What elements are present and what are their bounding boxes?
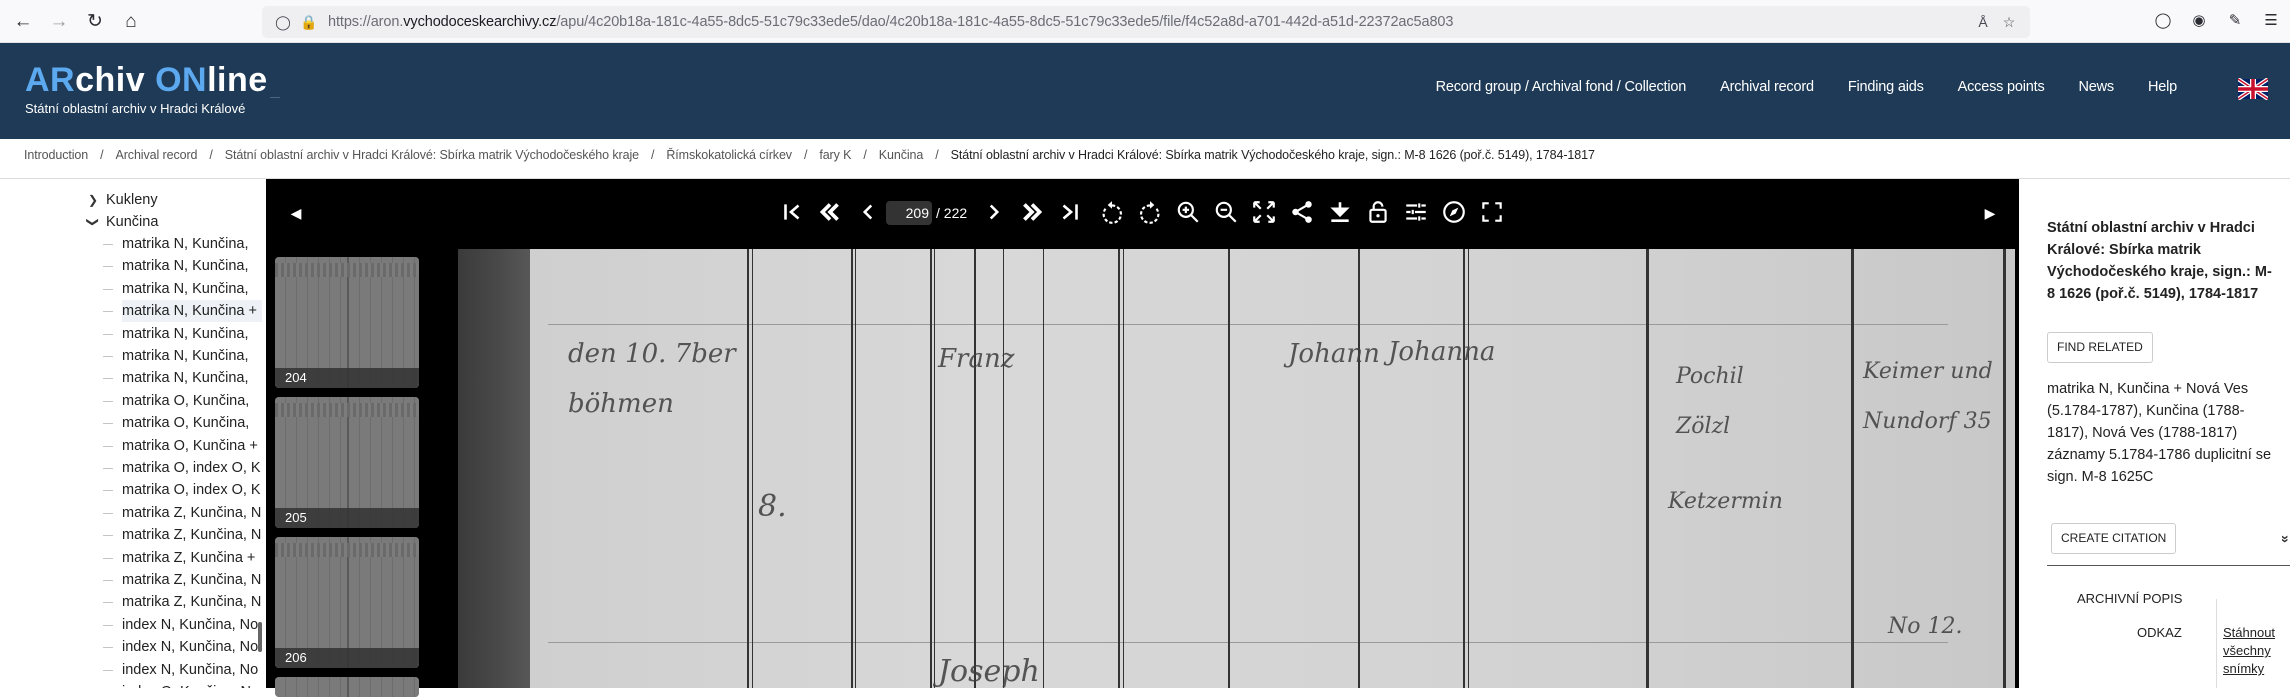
tree-leaf-item[interactable]: matrika Z, Kunčina, N (0, 591, 262, 613)
tree-dash-icon (103, 378, 113, 379)
handwriting: Johann (1288, 339, 1380, 369)
tree-leaf-item[interactable]: index N, Kunčina, No (0, 659, 262, 681)
tree-leaf-label: matrika N, Kunčina, (122, 345, 262, 367)
tree-dash-icon (103, 670, 113, 671)
nav-help[interactable]: Help (2131, 79, 2194, 95)
tree-leaf-item[interactable]: index O, Kunčina, No (0, 681, 262, 688)
crumb-separator: / (88, 148, 115, 162)
menu-icon[interactable]: ☰ (2260, 10, 2282, 32)
tree-leaf-label: matrika Z, Kunčina + (122, 547, 262, 569)
description-line: matrika N, Kunčina + Nová Ves (5.1784-17… (2047, 378, 2282, 444)
tree-leaf-item[interactable]: matrika O, Kunčina, (0, 412, 262, 434)
tree-dash-icon (103, 625, 113, 626)
pocket-icon[interactable]: ◯ (2152, 10, 2174, 32)
tree-leaf-label: matrika N, Kunčina, (122, 255, 262, 277)
nav-access-points[interactable]: Access points (1941, 79, 2062, 95)
ruled-column (1851, 249, 1854, 688)
crumb-separator: / (197, 148, 224, 162)
download-all-link[interactable]: Stáhnout všechny snímky (2213, 624, 2283, 678)
page-number-input[interactable] (886, 201, 932, 225)
handwriting: Joseph (938, 654, 1040, 688)
image-viewer: ◀ / 222 ▶ 204 205 206 (266, 179, 2019, 688)
ruled-column (1646, 249, 1649, 688)
tree-leaf-label: matrika N, Kunčina + (122, 300, 262, 322)
handwriting: 8. (758, 489, 787, 524)
back-icon[interactable]: ← (10, 9, 36, 35)
bookmark-star-icon[interactable]: ☆ (2000, 13, 2018, 31)
ruled-column (1463, 249, 1465, 688)
tree-leaf-label: matrika O, Kunčina + (122, 435, 262, 457)
site-logo[interactable]: ARchiv ONline (25, 61, 268, 100)
breadcrumb: Introduction / Archival record / Státní … (24, 148, 1595, 162)
ruled-column (747, 249, 749, 688)
first-page-icon[interactable] (778, 199, 806, 227)
tree-dash-icon (103, 311, 113, 312)
url-domain: vychodoceskearchivy.cz (403, 14, 556, 30)
handwriting: Zölzl (1676, 414, 1730, 439)
create-citation-button[interactable]: CREATE CITATION (2051, 523, 2176, 554)
tree-dash-icon (103, 490, 113, 491)
tree-node-label: Kukleny (106, 189, 158, 211)
odkaz-label: ODKAZ (2137, 625, 2182, 640)
ruled-column (1118, 249, 1120, 688)
tree-leaf-item[interactable]: matrika O, index O, K (0, 479, 262, 501)
nav-archival-record[interactable]: Archival record (1703, 79, 1831, 95)
thumbnail[interactable]: 205 (275, 397, 419, 528)
ruled-column (1228, 249, 1230, 688)
account-icon[interactable]: ◉ (2188, 10, 2210, 32)
ruled-line (548, 642, 1948, 643)
tree-leaf-label: index O, Kunčina, No (122, 681, 262, 688)
rotate-right-icon[interactable] (1136, 199, 1164, 227)
prev-page-icon[interactable] (854, 199, 882, 227)
document-scan[interactable]: den 10. 7ber Franz Johann Johanna Pochil… (458, 249, 2015, 688)
tree-leaf-item[interactable]: matrika N, Kunčina, (0, 367, 262, 389)
ruled-column (934, 249, 935, 688)
record-description: matrika N, Kunčina + Nová Ves (5.1784-17… (2047, 378, 2282, 488)
tree-leaf-label: matrika O, index O, K (122, 457, 262, 479)
adjust-icon[interactable] (1402, 199, 1430, 227)
chevron-down-icon[interactable]: ❯ (82, 215, 104, 229)
tree-leaf-label: matrika Z, Kunčina, N (122, 502, 262, 524)
tree-leaf-label: index N, Kunčina, No (122, 659, 262, 681)
tree-leaf-item[interactable]: matrika N, Kunčina, (0, 278, 262, 300)
tree-dash-icon (103, 580, 113, 581)
nav-finding-aids[interactable]: Finding aids (1831, 79, 1941, 95)
ruled-column (1123, 249, 1124, 688)
scan-binding-edge (458, 249, 530, 688)
ruled-line (548, 324, 1948, 325)
main-nav: Record group / Archival fond / Collectio… (1419, 79, 2194, 95)
tree-leaf-label: matrika O, index O, K (122, 479, 262, 501)
next-page-icon[interactable] (980, 199, 1008, 227)
tree-dash-icon (103, 558, 113, 559)
tree-node-label: Kunčina (106, 211, 158, 233)
browser-toolbar: ← → ↻ ⌂ ◯ 🔒 https://aron.vychodoceskearc… (0, 0, 2290, 43)
tree-leaf-label: matrika O, Kunčina, (122, 390, 262, 412)
tree-leaf-label: index N, Kunčina, No (122, 614, 262, 636)
crumb-fond[interactable]: Státní oblastní archiv v Hradci Králové:… (225, 148, 639, 162)
tree-leaf-label: matrika Z, Kunčina, N (122, 569, 262, 591)
thumbnail[interactable]: 206 (275, 537, 419, 668)
handwriting: böhmen (568, 389, 674, 419)
ruled-column (1003, 249, 1004, 688)
crumb-introduction[interactable]: Introduction (24, 148, 88, 162)
thumbnail-page-number: 204 (275, 368, 419, 388)
tree-dash-icon (103, 356, 113, 357)
logo-chiv: chiv (75, 61, 155, 99)
uk-flag-icon[interactable] (2238, 78, 2268, 100)
ruled-column (1043, 249, 1044, 688)
tree-leaf-label: matrika N, Kunčina, (122, 278, 262, 300)
tree-dash-icon (103, 244, 113, 245)
expand-chevron-icon[interactable]: » (2278, 535, 2290, 543)
tree-leaf-label: matrika Z, Kunčina, N (122, 524, 262, 546)
crumb-separator: / (851, 148, 878, 162)
collapse-left-icon[interactable]: ◀ (282, 199, 310, 227)
tree-leaf-item[interactable]: matrika N, Kunčina, (0, 233, 262, 255)
tree-leaf-item[interactable]: matrika Z, Kunčina, N (0, 502, 262, 524)
find-related-button[interactable]: FIND RELATED (2047, 332, 2153, 363)
thumbnail[interactable] (275, 677, 419, 688)
tree-dash-icon (103, 513, 113, 514)
collapse-right-icon[interactable]: ▶ (1976, 199, 2004, 227)
home-icon[interactable]: ⌂ (118, 9, 144, 35)
tree-dash-icon (103, 647, 113, 648)
nav-news[interactable]: News (2062, 79, 2131, 95)
zoom-in-icon[interactable] (1174, 199, 1202, 227)
extensions-icon[interactable]: ✎ (2224, 10, 2246, 32)
tree-scrollbar[interactable] (258, 622, 262, 652)
ruled-column (855, 249, 856, 688)
ruled-column (974, 249, 976, 688)
tree-dash-icon (103, 446, 113, 447)
site-header: ARchiv ONline Státní oblastní archiv v H… (0, 43, 2290, 139)
crumb-kuncina[interactable]: Kunčina (879, 148, 923, 162)
thumbnail-strip: 204 205 206 (266, 249, 456, 688)
tree-leaf-item[interactable]: matrika O, Kunčina, (0, 390, 262, 412)
tree-leaf-item[interactable]: matrika N, Kunčina + (0, 300, 262, 322)
crumb-separator: / (923, 148, 950, 162)
crumb-separator: / (792, 148, 819, 162)
tree-leaf-item[interactable]: index N, Kunčina, No (0, 636, 262, 658)
archive-tree: ❯ Kukleny ❯ Kunčina matrika N, Kunčina,m… (0, 180, 262, 688)
thumbnail-page-number: 205 (275, 508, 419, 528)
handwriting: den 10. 7ber (568, 339, 736, 369)
logo-ar: AR (25, 61, 75, 99)
tree-leaf-label: matrika N, Kunčina, (122, 233, 262, 255)
tree-leaf-item[interactable]: matrika N, Kunčina, (0, 345, 262, 367)
logo-subtitle: Státní oblastní archiv v Hradci Králové (25, 101, 245, 116)
ruled-column (930, 249, 932, 688)
lock-open-icon[interactable] (1364, 199, 1392, 227)
ruled-column (1358, 249, 1360, 688)
tree-leaf-item[interactable]: matrika Z, Kunčina, N (0, 524, 262, 546)
tree-leaf-item[interactable]: matrika O, Kunčina + (0, 435, 262, 457)
tree-dash-icon (103, 401, 113, 402)
tree-leaf-item[interactable]: matrika O, index O, K (0, 457, 262, 479)
detail-panel: Státní oblastní archiv v Hradci Králové:… (2020, 179, 2290, 688)
tree-node-kukleny[interactable]: ❯ Kukleny (0, 189, 262, 211)
handwriting: Johanna (1388, 337, 1495, 367)
tree-leaf-item[interactable]: index N, Kunčina, No (0, 614, 262, 636)
tree-leaf-label: matrika Z, Kunčina, N (122, 591, 262, 613)
logo-divider (270, 97, 280, 98)
tree-node-kuncina[interactable]: ❯ Kunčina (0, 211, 262, 233)
tree-leaf-label: matrika N, Kunčina, (122, 367, 262, 389)
chevron-right-icon[interactable]: ❯ (86, 189, 100, 211)
last-page-icon[interactable] (1056, 199, 1084, 227)
url-prefix: https://aron. (328, 14, 403, 30)
fullscreen-icon[interactable] (1478, 199, 1506, 227)
tree-leaf-item[interactable]: matrika N, Kunčina, (0, 255, 262, 277)
tree-leaf-label: index N, Kunčina, No (122, 636, 262, 658)
tree-leaf-label: matrika N, Kunčina, (122, 323, 262, 345)
share-icon[interactable] (1288, 199, 1316, 227)
forward-icon[interactable]: → (46, 9, 72, 35)
page-total: / 222 (936, 205, 967, 221)
crumb-church[interactable]: Římskokatolická církev (666, 148, 792, 162)
lock-icon[interactable]: 🔒 (300, 13, 318, 31)
tree-dash-icon (103, 289, 113, 290)
tree-leaf-item[interactable]: matrika Z, Kunčina, N (0, 569, 262, 591)
divider (2047, 565, 2290, 566)
thumbnail-page-number: 206 (275, 648, 419, 668)
translate-icon[interactable]: Å (1974, 13, 1992, 31)
address-bar[interactable]: ◯ 🔒 https://aron.vychodoceskearchivy.cz/… (262, 6, 2030, 38)
tree-dash-icon (103, 423, 113, 424)
crumb-archival-record[interactable]: Archival record (116, 148, 198, 162)
ruled-column (851, 249, 853, 688)
handwriting: No 12. (1888, 614, 1962, 639)
section-archivni-popis[interactable]: ARCHIVNÍ POPIS (2077, 591, 2182, 606)
tree-leaf-label: matrika O, Kunčina, (122, 412, 262, 434)
record-title: Státní oblastní archiv v Hradci Králové:… (2047, 217, 2277, 305)
ruled-column (752, 249, 753, 688)
prev-fast-icon[interactable] (816, 199, 844, 227)
tree-dash-icon (103, 535, 113, 536)
handwriting: Nundorf 35 (1863, 409, 1992, 434)
rotate-left-icon[interactable] (1098, 199, 1126, 227)
ruled-column (1468, 249, 1469, 688)
nav-record-group[interactable]: Record group / Archival fond / Collectio… (1419, 79, 1704, 95)
tree-leaf-item[interactable]: matrika Z, Kunčina + (0, 547, 262, 569)
logo-on: ON (155, 61, 207, 99)
tree-dash-icon (103, 602, 113, 603)
handwriting: Franz (938, 344, 1014, 374)
description-line: záznamy 5.1784-1786 duplicitní se sign. … (2047, 444, 2282, 488)
tree-dash-icon (103, 266, 113, 267)
next-fast-icon[interactable] (1018, 199, 1046, 227)
reload-icon[interactable]: ↻ (82, 9, 108, 35)
url-text[interactable]: https://aron.vychodoceskearchivy.cz/apu/… (328, 14, 1453, 30)
zoom-out-icon[interactable] (1212, 199, 1240, 227)
compass-icon[interactable] (1440, 199, 1468, 227)
tree-dash-icon (103, 468, 113, 469)
download-icon[interactable] (1326, 199, 1354, 227)
thumbnail[interactable]: 204 (275, 257, 419, 388)
crumb-current: Státní oblastní archiv v Hradci Králové:… (951, 148, 1595, 162)
shield-icon[interactable]: ◯ (274, 13, 292, 31)
crumb-separator: / (639, 148, 666, 162)
fit-screen-icon[interactable] (1250, 199, 1278, 227)
handwriting: Ketzermin (1668, 489, 1783, 514)
crumb-fary-k[interactable]: fary K (819, 148, 851, 162)
tree-leaf-item[interactable]: matrika N, Kunčina, (0, 323, 262, 345)
handwriting: Keimer und (1863, 359, 1993, 384)
logo-line: line (207, 61, 268, 99)
handwriting: Pochil (1676, 364, 1744, 389)
tree-dash-icon (103, 334, 113, 335)
ruled-column (2003, 249, 2006, 688)
url-path: /apu/4c20b18a-181c-4a55-8dc5-51c79c33ede… (556, 14, 1453, 30)
